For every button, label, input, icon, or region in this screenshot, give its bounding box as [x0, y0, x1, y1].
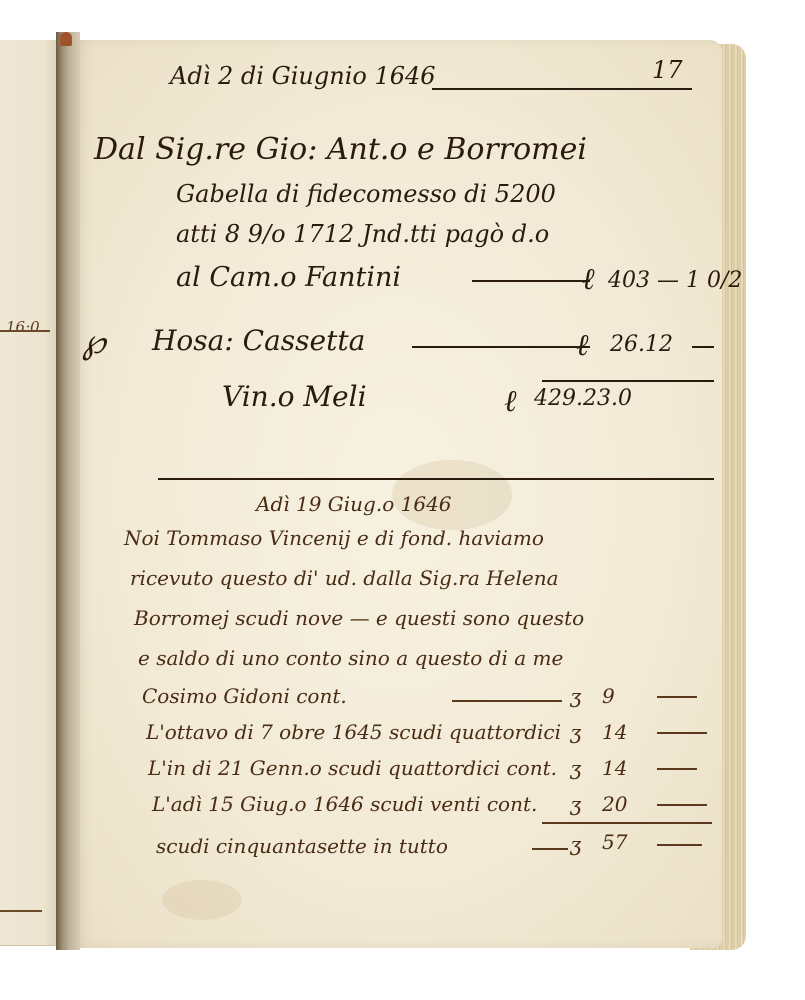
entry-1-line-2: Gabella di fidecomesso di 5200: [176, 180, 556, 208]
entry-2-line-1: Noi Tommaso Vincenij e di fond. haviamo: [124, 526, 544, 550]
sum-rule: [542, 380, 714, 382]
left-page: 16:0: [0, 40, 62, 946]
lira-sign-icon: ℓ: [504, 384, 517, 419]
entry-1-meli-line: Vin.o Meli: [222, 380, 367, 413]
scudo-sign-icon: ʒ: [570, 792, 581, 816]
book-spine-gutter: [56, 32, 80, 950]
entry-2-line-4: e saldo di uno conto sino a questo di a …: [138, 646, 563, 670]
amount-total-2: 57: [602, 830, 627, 854]
scudo-sign-icon: ʒ: [570, 684, 581, 708]
row-tail: [657, 696, 697, 698]
entry-1-mark-icon: ℘: [82, 322, 106, 362]
entry-2-line-8: L'adì 15 Giug.o 1646 scudi venti cont.: [152, 792, 537, 816]
scudo-sign-icon: ʒ: [570, 720, 581, 744]
entry-1-rule: [472, 280, 590, 282]
cassetta-tail-rule: [692, 346, 714, 348]
amount-row-1: 9: [602, 684, 615, 708]
left-rule: [0, 330, 50, 332]
amount-main: 403 — 1 0/2: [608, 268, 742, 293]
entry-1-cassetta-line: Hosa: Cassetta: [152, 324, 365, 357]
lira-sign-icon: ℓ: [582, 262, 595, 297]
entry-2-line-7: L'in di 21 Genn.o scudi quattordici cont…: [148, 756, 557, 780]
entry-1-line-1: Dal Sig.re Gio: Ant.o e Borromei: [94, 132, 587, 167]
row-tail: [657, 844, 702, 846]
left-margin-note: 16:0: [6, 318, 40, 336]
entry-2-date-header: Adì 19 Giug.o 1646: [256, 492, 452, 516]
paper-stain: [162, 880, 242, 920]
header-rule: [432, 88, 692, 90]
scudo-sign-icon: ʒ: [570, 832, 581, 856]
lira-sign-icon: ℓ: [576, 328, 589, 363]
entry-1-line-3: atti 8 9/o 1712 Jnd.tti pagò d.o: [176, 220, 549, 248]
total-lead-rule: [532, 848, 568, 850]
scudo-sign-icon: ʒ: [570, 756, 581, 780]
page-number: 17: [652, 56, 683, 84]
entry-2-line-9: scudi cinquantasette in tutto: [156, 834, 448, 858]
entry-2-line-2: ricevuto questo di' ud. dalla Sig.ra Hel…: [130, 566, 559, 590]
left-rule-bottom: [0, 910, 42, 912]
amount-cassetta: 26.12: [610, 332, 673, 357]
entry-2-line-6: L'ottavo di 7 obre 1645 scudi quattordic…: [146, 720, 561, 744]
row-tail: [657, 732, 707, 734]
amount-row-4: 20: [602, 792, 627, 816]
amount-row-2: 14: [602, 720, 627, 744]
row-rule: [452, 700, 562, 702]
entry-1-line-4: al Cam.o Fantini: [176, 262, 401, 293]
total-rule: [542, 822, 712, 824]
cassetta-rule: [412, 346, 590, 348]
entry-2-line-3: Borromej scudi nove — e questi sono ques…: [134, 606, 584, 630]
amount-total: 429.23.0: [534, 386, 632, 411]
binding-thread: [60, 32, 72, 46]
section-divider: [158, 478, 714, 480]
row-tail: [657, 768, 697, 770]
entry-1-date-header: Adì 2 di Giugnio 1646: [170, 62, 436, 90]
right-page: Adì 2 di Giugnio 1646 17 Dal Sig.re Gio:…: [72, 40, 722, 948]
amount-row-3: 14: [602, 756, 627, 780]
row-tail: [657, 804, 707, 806]
entry-2-line-5: Cosimo Gidoni cont.: [142, 684, 347, 708]
